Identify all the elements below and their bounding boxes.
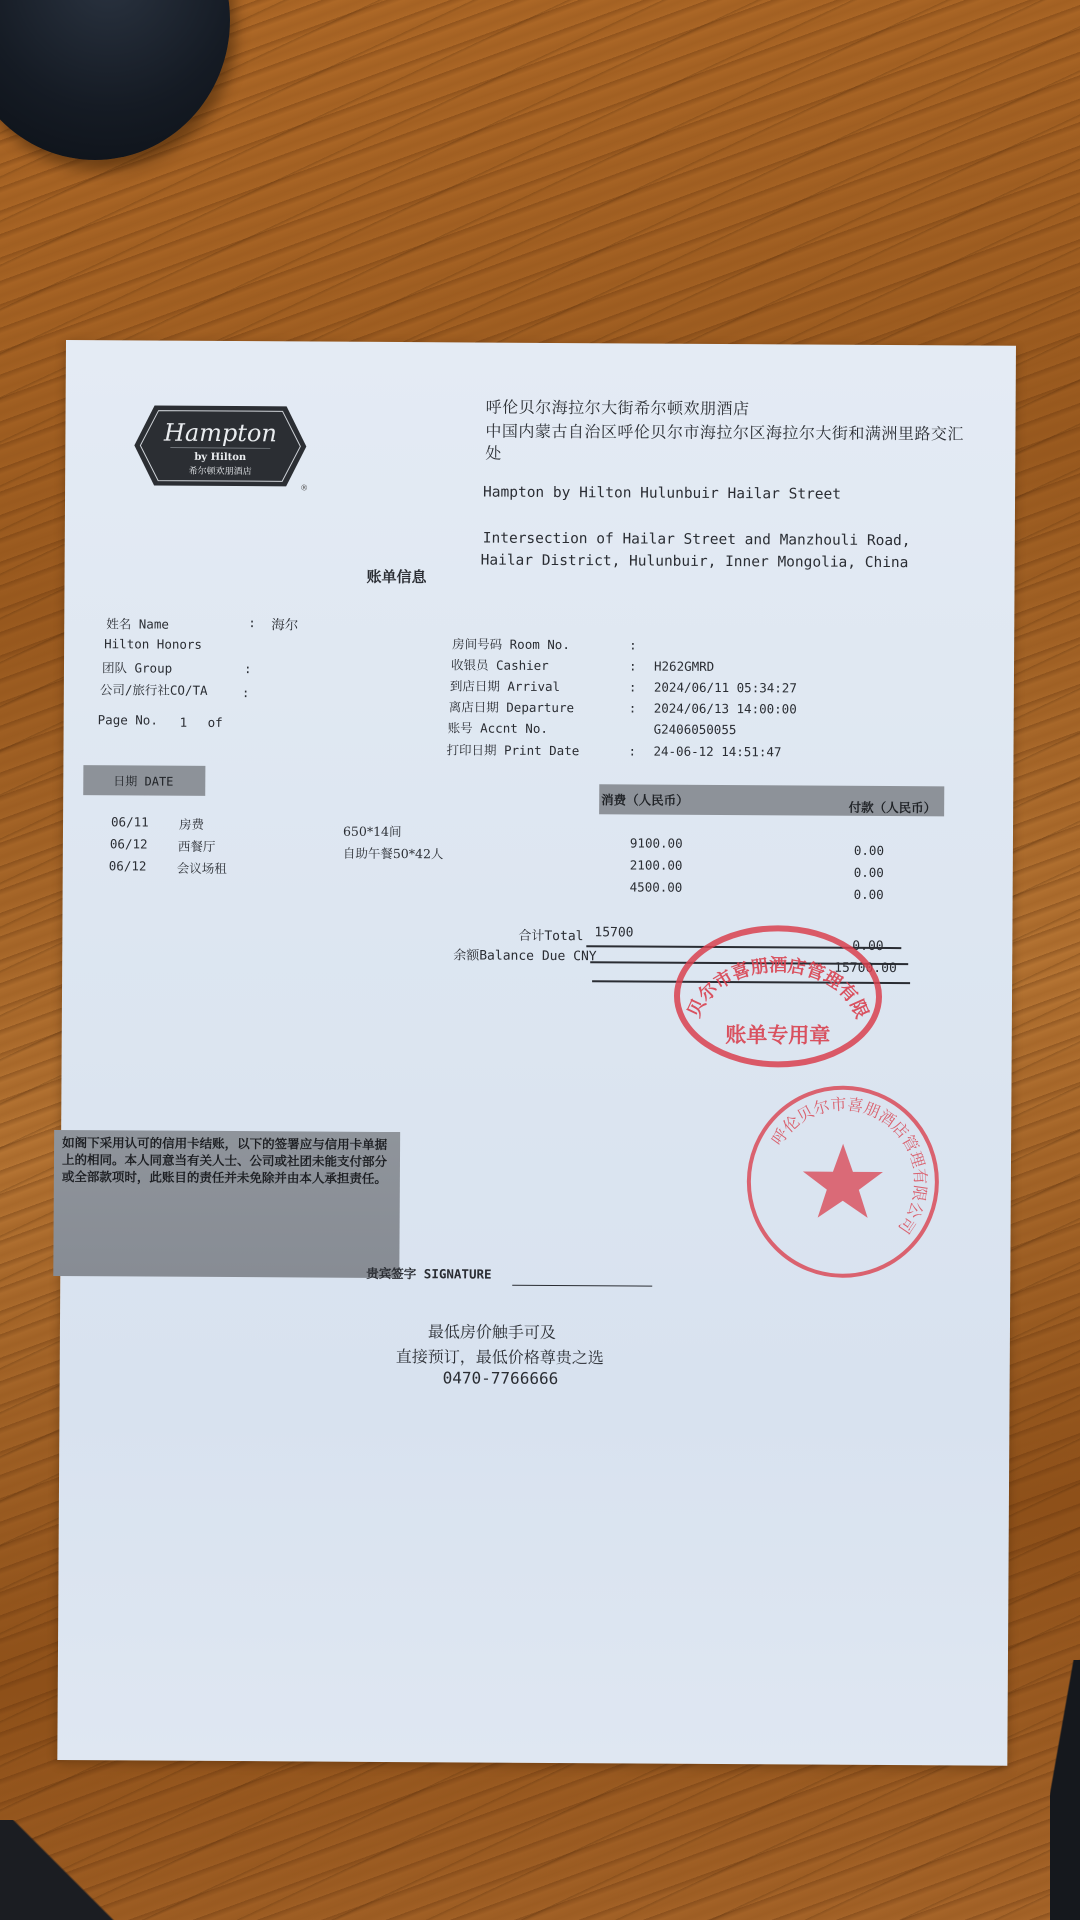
row-item: 西餐厅 (178, 837, 216, 855)
payment-header: 付款（人民币） (849, 798, 937, 817)
guest-name-value: 海尔 (271, 613, 298, 633)
stay-colon: : (629, 700, 637, 715)
hotel-address-en-line2: Hailar District, Hulunbuir, Inner Mongol… (481, 553, 909, 572)
footer-line2: 直接预订，最低价格尊贵之选 (396, 1344, 604, 1368)
stay-value: 2024/06/11 05:34:27 (654, 680, 797, 696)
row-item: 会议场租 (177, 859, 227, 877)
date-header: 日期 DATE (113, 772, 173, 789)
hotel-address-cn-line2: 处 (485, 441, 502, 464)
signature-line[interactable] (512, 1285, 652, 1287)
svg-text:呼伦贝尔市喜朋酒店管理有限公司: 呼伦贝尔市喜朋酒店管理有限公司 (672, 924, 873, 1022)
background-floor (0, 1820, 180, 1920)
charge-header: 消费（人民币） (601, 790, 689, 809)
stay-colon: : (629, 679, 637, 694)
stay-label: 收银员 Cashier (451, 655, 549, 674)
stay-details: 房间号码 Room No.:收银员 Cashier:H262GMRD到店日期 A… (66, 340, 1016, 346)
stay-value: H262GMRD (654, 659, 714, 674)
svg-text:®: ® (300, 483, 308, 492)
hotel-bill-document: Hampton by Hilton 希尔顿欢朋酒店 ® 呼伦贝尔海拉尔大街希尔顿… (57, 340, 1016, 1766)
stay-colon: : (628, 743, 636, 758)
stay-colon: : (629, 637, 637, 652)
svg-text:Hampton: Hampton (163, 419, 277, 448)
background-edge (1050, 1660, 1080, 1920)
row-detail: 自助午餐50*42人 (343, 844, 444, 863)
stay-label: 打印日期 Print Date (446, 740, 579, 759)
hilton-honors-label: Hilton Honors (104, 636, 202, 652)
row-charge: 4500.00 (630, 879, 683, 894)
date-header-bar: 日期 DATE (83, 765, 205, 796)
stay-value: 24-06-12 14:51:47 (653, 744, 781, 760)
billing-seal: 呼伦贝尔市喜朋酒店管理有限公司 账单专用章 (672, 924, 885, 1070)
row-payment: 0.00 (854, 843, 884, 858)
stay-label: 离店日期 Departure (449, 697, 574, 716)
row-payment: 0.00 (854, 865, 884, 880)
coffee-cup (0, 0, 230, 160)
total-value: 15700 (594, 925, 633, 940)
row-payment: 0.00 (854, 887, 884, 902)
hampton-logo: Hampton by Hilton 希尔顿欢朋酒店 ® (130, 395, 311, 496)
row-date: 06/12 (110, 836, 148, 851)
footer-line1: 最低房价触手可及 (428, 1319, 556, 1343)
total-label: 合计Total (518, 925, 583, 944)
stay-label: 账号 Accnt No. (448, 718, 548, 737)
company-colon: : (242, 685, 250, 700)
bill-title: 账单信息 (366, 566, 426, 587)
guest-name-colon: : (248, 615, 256, 630)
group-label: 团队 Group (102, 658, 172, 676)
page-of: of (208, 715, 223, 730)
star-icon (803, 1144, 883, 1218)
hotel-name-cn: 呼伦贝尔海拉尔大街希尔顿欢朋酒店 (486, 395, 750, 420)
page-number: 1 (180, 715, 188, 730)
row-date: 06/12 (109, 858, 147, 873)
row-detail: 650*14间 (343, 822, 402, 840)
stay-colon: : (629, 658, 637, 673)
row-date: 06/11 (111, 814, 149, 829)
amount-header-bar: 消费（人民币） 付款（人民币） (599, 784, 944, 816)
company-label: 公司/旅行社CO/TA (100, 680, 208, 699)
company-seal: 呼伦贝尔市喜朋酒店管理有限公司 (742, 1081, 943, 1282)
stay-value: G2406050055 (654, 722, 737, 738)
stay-label: 房间号码 Room No. (452, 634, 570, 653)
guest-name-label: 姓名 Name (106, 614, 169, 632)
balance-label: 余额Balance Due CNY (453, 944, 597, 964)
stay-value: 2024/06/13 14:00:00 (654, 701, 797, 717)
svg-text:by Hilton: by Hilton (194, 452, 247, 463)
signature-label: 贵宾签字 SIGNATURE (366, 1264, 491, 1283)
group-colon: : (244, 661, 252, 676)
hotel-address-cn-line1: 中国内蒙古自治区呼伦贝尔市海拉尔区海拉尔大街和满洲里路交汇 (485, 419, 964, 445)
svg-text:账单专用章: 账单专用章 (725, 1022, 830, 1048)
stay-label: 到店日期 Arrival (450, 676, 560, 695)
svg-text:希尔顿欢朋酒店: 希尔顿欢朋酒店 (189, 465, 252, 477)
credit-card-disclaimer: 如阁下采用认可的信用卡结账，以下的签署应与信用卡单据上的相同。本人同意当有关人士… (53, 1130, 400, 1278)
hotel-address-en-line1: Intersection of Hailar Street and Manzho… (483, 531, 911, 550)
row-charge: 2100.00 (630, 857, 683, 872)
row-charge: 9100.00 (630, 835, 683, 850)
row-item: 房费 (179, 815, 204, 833)
page-label: Page No. (98, 712, 158, 727)
footer-phone: 0470-7766666 (443, 1368, 559, 1388)
hotel-name-en: Hampton by Hilton Hulunbuir Hailar Stree… (483, 485, 841, 503)
charges-table: 06/11房费650*14间9100.000.0006/12西餐厅自助午餐50*… (66, 340, 1016, 346)
